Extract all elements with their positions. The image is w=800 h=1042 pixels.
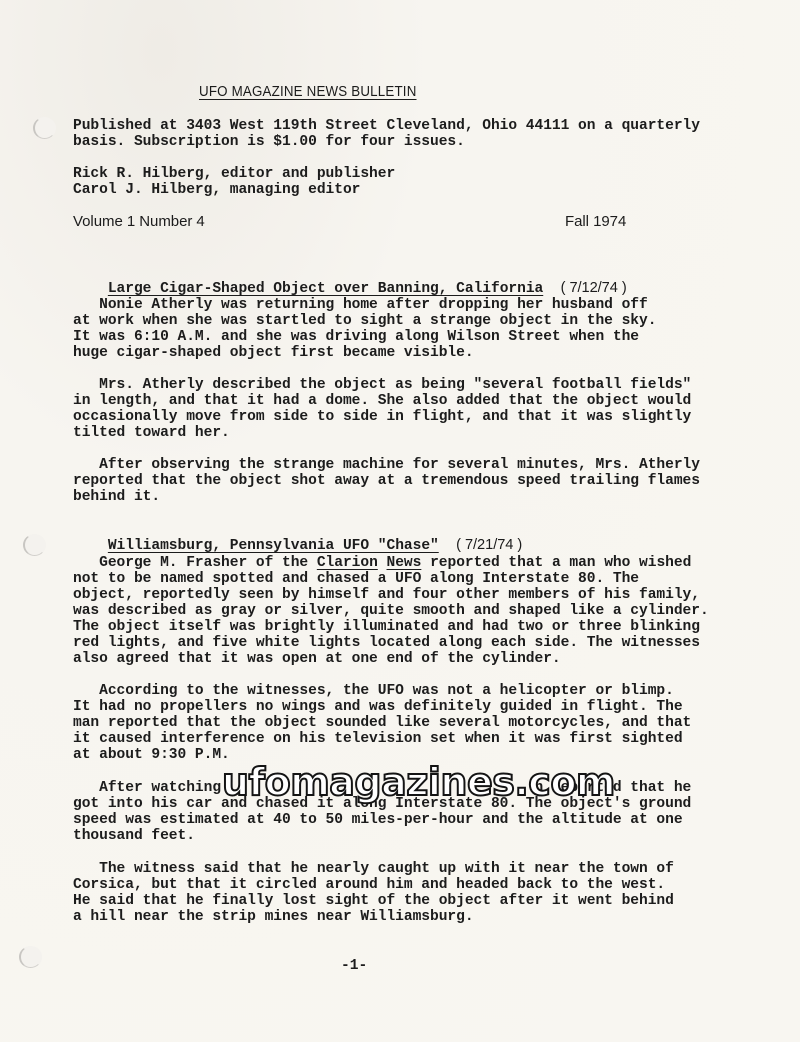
a1-p3-l1: After observing the strange machine for … — [73, 457, 700, 473]
faded-mark — [40, 15, 150, 35]
a2-lead-line: George M. Frasher of the Clarion News re… — [73, 555, 691, 571]
a1-p1-l1: Nonie Atherly was returning home after d… — [73, 297, 648, 313]
a2-p2-l1: According to the witnesses, the UFO was … — [73, 683, 674, 699]
a2-p3-l4: thousand feet. — [73, 828, 195, 844]
a2-p4-l1: The witness said that he nearly caught u… — [73, 861, 674, 877]
a2-p2-l2: It had no propellers no wings and was de… — [73, 699, 683, 715]
a1-p1-l2: at work when she was startled to sight a… — [73, 313, 656, 329]
a2-p2-l5: at about 9:30 P.M. — [73, 747, 230, 763]
a2-p1-l6: also agreed that it was open at one end … — [73, 651, 561, 667]
a2-p4-l3: He said that he finally lost sight of th… — [73, 893, 674, 909]
a1-p3-l3: behind it. — [73, 489, 160, 505]
a2-lead-suffix: reported that a man who wished — [421, 555, 691, 571]
a2-source-clarion: Clarion — [317, 555, 378, 571]
article-1-headline: Large Cigar-Shaped Object over Banning, … — [108, 281, 543, 297]
publication-line-2: basis. Subscription is $1.00 for four is… — [73, 134, 465, 150]
a1-p2-l2: in length, and that it had a dome. She a… — [73, 393, 691, 409]
punch-hole-top — [33, 117, 56, 139]
page-number: -1- — [341, 958, 367, 974]
a2-p1-l3: was described as gray or silver, quite s… — [73, 603, 709, 619]
a1-p2-l1: Mrs. Atherly described the object as bei… — [73, 377, 691, 393]
punch-hole-bottom — [19, 946, 42, 968]
a2-p1-l2: object, reportedly seen by himself and f… — [73, 587, 700, 603]
a2-lead-prefix: George M. Frasher of the — [73, 555, 317, 571]
volume-number: Volume 1 Number 4 — [73, 214, 205, 230]
a2-p2-l3: man reported that the object sounded lik… — [73, 715, 691, 731]
issue-season: Fall 1974 — [565, 214, 626, 230]
a2-p1-l5: red lights, and five white lights locate… — [73, 635, 700, 651]
punch-hole-middle — [23, 534, 46, 556]
publication-line-1: Published at 3403 West 119th Street Clev… — [73, 118, 700, 134]
a1-p3-l2: reported that the object shot away at a … — [73, 473, 700, 489]
a2-p2-l4: it caused interference on his television… — [73, 731, 683, 747]
a1-p2-l3: occasionally move from side to side in f… — [73, 409, 691, 425]
a1-p2-l4: tilted toward her. — [73, 425, 230, 441]
article-2-date: ( 7/21/74 ) — [456, 537, 522, 553]
article-2-headline: Williamsburg, Pennsylvania UFO "Chase" — [108, 538, 439, 554]
staff-managing-editor: Carol J. Hilberg, managing editor — [73, 182, 360, 198]
a2-p3-l3: speed was estimated at 40 to 50 miles-pe… — [73, 812, 683, 828]
a1-p1-l3: It was 6:10 A.M. and she was driving alo… — [73, 329, 639, 345]
article-1-date: ( 7/12/74 ) — [561, 280, 627, 296]
a1-p1-l4: huge cigar-shaped object first became vi… — [73, 345, 474, 361]
a2-source-news: News — [387, 555, 422, 571]
a2-p1-l1: not to be named spotted and chased a UFO… — [73, 571, 639, 587]
a2-p4-l2: Corsica, but that it circled around him … — [73, 877, 665, 893]
bulletin-title: UFO MAGAZINE NEWS BULLETIN — [199, 84, 417, 100]
document-page: UFO MAGAZINE NEWS BULLETIN Published at … — [0, 0, 800, 1042]
a2-p4-l4: a hill near the strip mines near William… — [73, 909, 474, 925]
a2-p1-l4: The object itself was brightly illuminat… — [73, 619, 700, 635]
site-watermark: ufomagazines.com — [222, 762, 615, 802]
staff-editor: Rick R. Hilberg, editor and publisher — [73, 166, 395, 182]
